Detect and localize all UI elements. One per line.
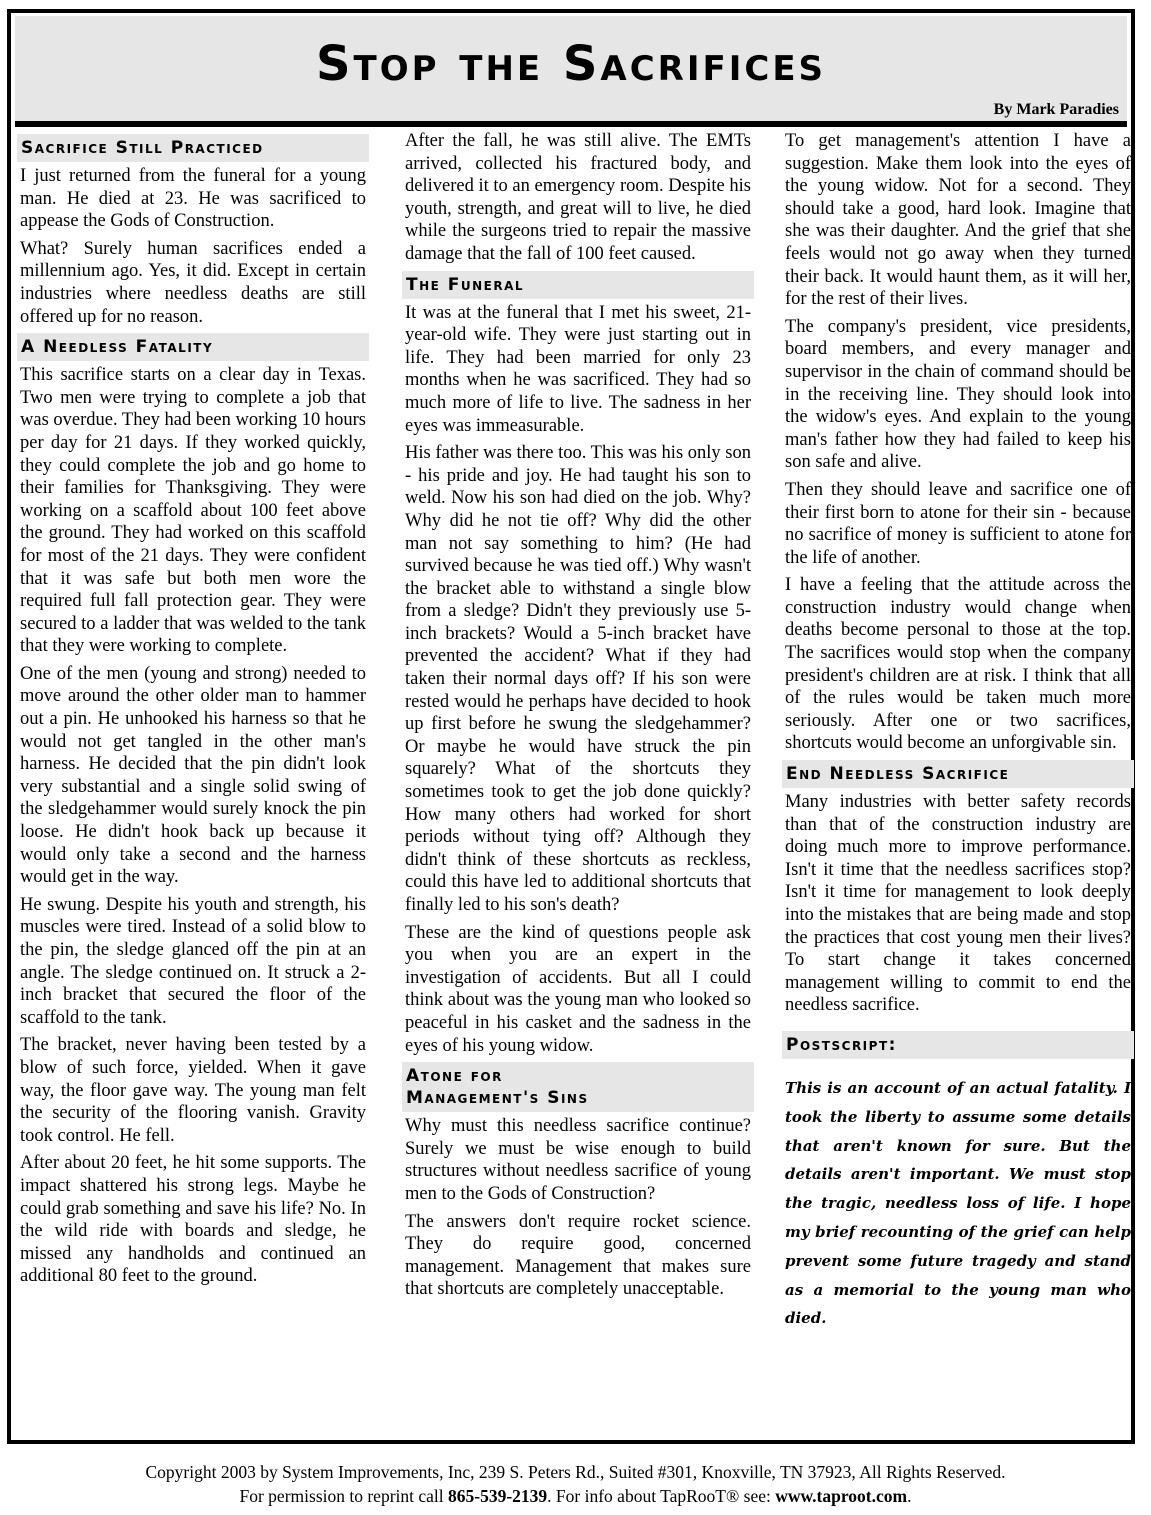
heading-line: Atone for xyxy=(406,1065,750,1087)
paragraph: One of the men (young and strong) needed… xyxy=(17,663,369,889)
paragraph: I have a feeling that the attitude acros… xyxy=(782,574,1134,755)
paragraph: Why must this needless sacrifice continu… xyxy=(402,1115,754,1205)
section-heading-sacrifice-still-practiced: Sacrifice Still Practiced xyxy=(17,134,369,162)
phone-number: 865-539-2139 xyxy=(448,1486,547,1506)
copyright-footer: Copyright 2003 by System Improvements, I… xyxy=(0,1460,1151,1508)
section-heading-end-needless-sacrifice: End Needless Sacrifice xyxy=(782,760,1134,788)
reprint-text: For permission to reprint call xyxy=(240,1486,449,1506)
paragraph: The company's president, vice presidents… xyxy=(782,316,1134,474)
section-heading-a-needless-fatality: A Needless Fatality xyxy=(17,333,369,361)
paragraph: Many industries with better safety recor… xyxy=(782,791,1134,1017)
paragraph: His father was there too. This was his o… xyxy=(402,442,754,916)
section-heading-the-funeral: The Funeral xyxy=(402,271,754,299)
section-heading-postscript: Postscript: xyxy=(782,1031,1134,1059)
reprint-line: For permission to reprint call 865-539-2… xyxy=(0,1484,1151,1508)
paragraph: I just returned from the funeral for a y… xyxy=(17,165,369,233)
article-frame: Stop the Sacrifices By Mark Paradies Sac… xyxy=(7,9,1135,1444)
paragraph: What? Surely human sacrifices ended a mi… xyxy=(17,238,369,328)
paragraph: Then they should leave and sacrifice one… xyxy=(782,479,1134,569)
postscript-text: This is an account of an actual fatality… xyxy=(782,1074,1134,1333)
paragraph: After about 20 feet, he hit some support… xyxy=(17,1152,369,1288)
website-link[interactable]: www.taproot.com xyxy=(775,1486,907,1506)
paragraph: The bracket, never having been tested by… xyxy=(17,1034,369,1147)
period: . xyxy=(907,1486,911,1506)
byline: By Mark Paradies xyxy=(994,101,1119,119)
column-1: Sacrifice Still Practiced I just returne… xyxy=(17,130,369,1293)
section-heading-atone-for-managements-sins: Atone for Management's Sins xyxy=(402,1062,754,1112)
heading-line: Management's Sins xyxy=(406,1087,750,1109)
info-text: . For info about TapRooT® see: xyxy=(547,1486,775,1506)
copyright-line: Copyright 2003 by System Improvements, I… xyxy=(0,1460,1151,1484)
paragraph: The answers don't require rocket science… xyxy=(402,1211,754,1301)
paragraph: These are the kind of questions people a… xyxy=(402,922,754,1058)
article-title: Stop the Sacrifices xyxy=(15,34,1127,94)
column-3: To get management's attention I have a s… xyxy=(782,130,1134,1348)
paragraph: To get management's attention I have a s… xyxy=(782,130,1134,311)
paragraph: After the fall, he was still alive. The … xyxy=(402,130,754,266)
article-columns: Sacrifice Still Practiced I just returne… xyxy=(17,130,1125,1436)
article-header: Stop the Sacrifices By Mark Paradies xyxy=(15,16,1127,127)
paragraph: He swung. Despite his youth and strength… xyxy=(17,894,369,1030)
paragraph: It was at the funeral that I met his swe… xyxy=(402,302,754,438)
column-2: After the fall, he was still alive. The … xyxy=(402,130,754,1306)
paragraph: This sacrifice starts on a clear day in … xyxy=(17,364,369,658)
